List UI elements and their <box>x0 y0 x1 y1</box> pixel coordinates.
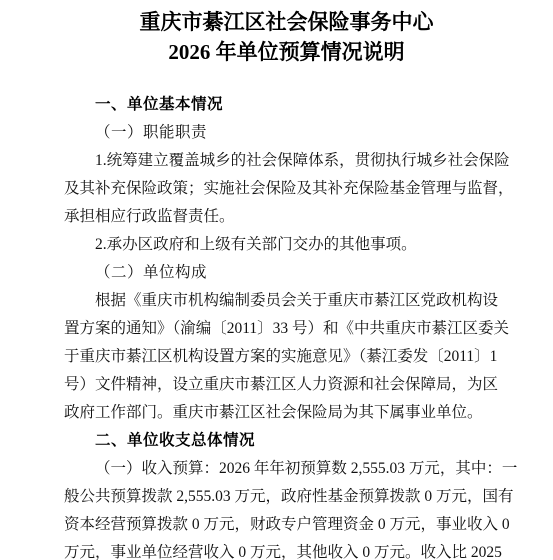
paragraph-line: 根据《重庆市机构编制委员会关于重庆市綦江区党政机构设 <box>64 287 509 315</box>
paragraph-line: 2.承办区政府和上级有关部门交办的其他事项。 <box>64 231 509 259</box>
subsection-heading-composition: （二）单位构成 <box>64 259 509 287</box>
paragraph-line: 于重庆市綦江区机构设置方案的实施意见》（綦江委发〔2011〕1 <box>64 343 509 371</box>
section-heading-1: 一、单位基本情况 <box>64 91 509 119</box>
title-line-1: 重庆市綦江区社会保险事务中心 <box>64 7 509 37</box>
section-heading-2: 二、单位收支总体情况 <box>64 427 509 455</box>
paragraph-line: 政府工作部门。重庆市綦江区社会保险局为其下属事业单位。 <box>64 399 509 427</box>
subsection-heading-duties: （一）职能职责 <box>64 119 509 147</box>
document-title: 重庆市綦江区社会保险事务中心 2026 年单位预算情况说明 <box>64 7 509 67</box>
paragraph-line: 及其补充保险政策；实施社会保险及其补充保险基金管理与监督， <box>64 175 509 203</box>
paragraph-line: （一）收入预算：2026 年年初预算数 2,555.03 万元，其中：一 <box>64 455 509 483</box>
paragraph-line: 资本经营预算拨款 0 万元，财政专户管理资金 0 万元，事业收入 0 <box>64 511 509 539</box>
paragraph-line: 号）文件精神，设立重庆市綦江区人力资源和社会保障局，为区 <box>64 371 509 399</box>
document-page: 重庆市綦江区社会保险事务中心 2026 年单位预算情况说明 一、单位基本情况 （… <box>0 0 553 560</box>
paragraph-line: 般公共预算拨款 2,555.03 万元，政府性基金预算拨款 0 万元，国有 <box>64 483 509 511</box>
paragraph-line: 承担相应行政监督责任。 <box>64 203 509 231</box>
title-line-2: 2026 年单位预算情况说明 <box>64 37 509 67</box>
paragraph-line: 1.统筹建立覆盖城乡的社会保障体系，贯彻执行城乡社会保险 <box>64 147 509 175</box>
paragraph-line: 置方案的通知》（渝编〔2011〕33 号）和《中共重庆市綦江区委关 <box>64 315 509 343</box>
paragraph-line: 万元，事业单位经营收入 0 万元，其他收入 0 万元。收入比 2025 <box>64 539 509 560</box>
title-body-gap <box>64 67 509 91</box>
